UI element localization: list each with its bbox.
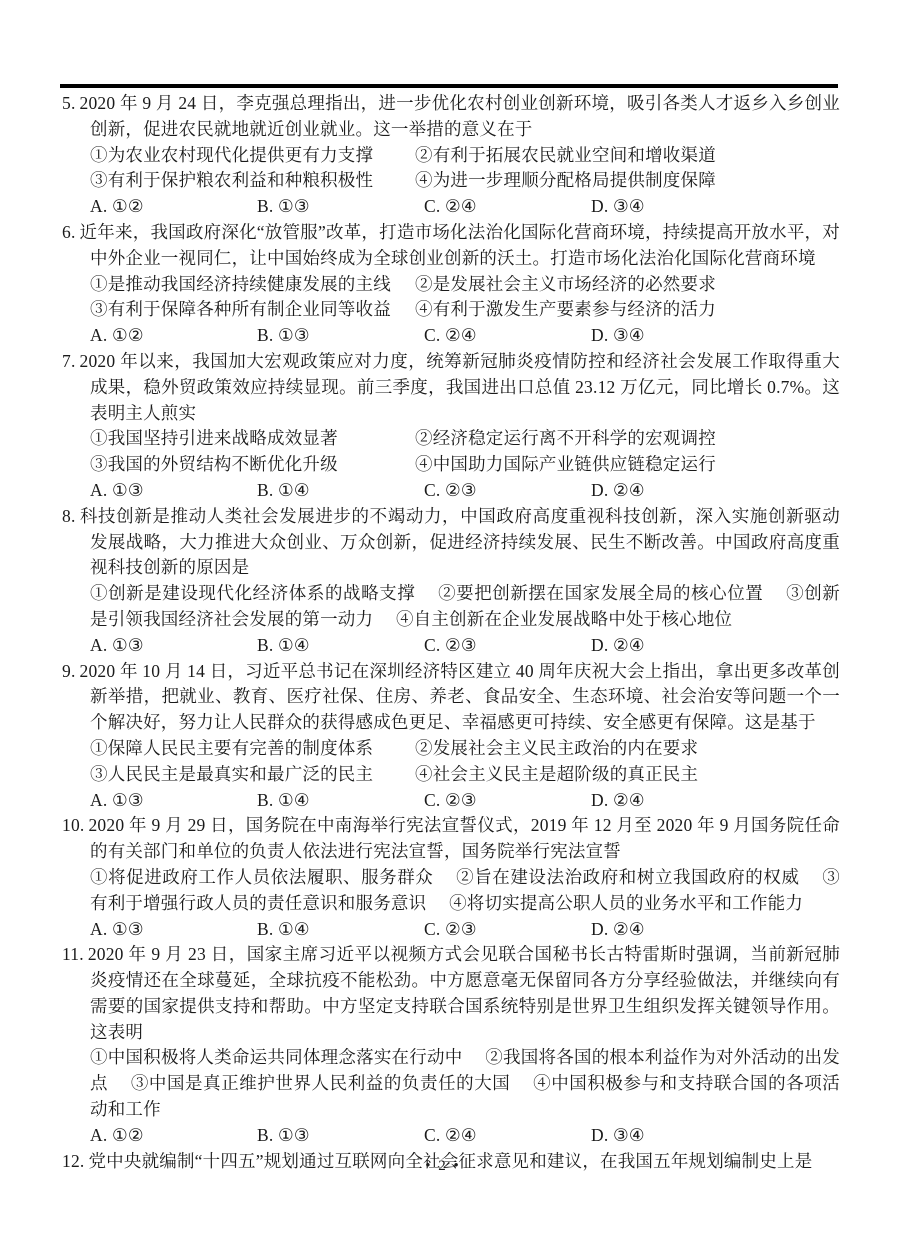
option-row: ③有利于保障各种所有制企业同等收益④有利于激发生产要素参与经济的活力 <box>62 297 840 323</box>
option-row: ①为农业农村现代化提供更有力支撑②有利于拓展农民就业空间和增收渠道 <box>62 143 840 169</box>
option-3: ③有利于保护粮农利益和种粮积极性 <box>90 168 415 194</box>
option-row: ③我国的外贸结构不断优化升级④中国助力国际产业链供应链稳定运行 <box>62 452 840 478</box>
question-stem: 6.近年来，我国政府深化“放管服”改革，打造市场化法治化国际化营商环境，持续提高… <box>62 220 840 272</box>
option-1: ①是推动我国经济持续健康发展的主线 <box>90 272 415 298</box>
question-9: 9.2020 年 10 月 14 日，习近平总书记在深圳经济特区建立 40 周年… <box>62 659 840 814</box>
option-1: ①中国积极将人类命运共同体理念落实在行动中 <box>90 1047 463 1067</box>
question-stem-text: 科技创新是推动人类社会发展进步的不竭动力，中国政府高度重视科技创新，深入实施创新… <box>80 506 840 578</box>
option-2: ②有利于拓展农民就业空间和增收渠道 <box>415 143 840 169</box>
answer-choice-C: C. ②③ <box>424 788 591 814</box>
question-number: 10. <box>62 815 84 835</box>
option-row: ①我国坚持引进来战略成效显著②经济稳定运行离不开科学的宏观调控 <box>62 426 840 452</box>
question-number: 6. <box>62 222 76 242</box>
answer-choice-D: D. ③④ <box>591 1123 645 1149</box>
option-4: ④中国助力国际产业链供应链稳定运行 <box>415 452 840 478</box>
option-1: ①创新是建设现代化经济体系的战略支撑 <box>90 583 415 603</box>
answer-choice-A: A. ①③ <box>90 917 257 943</box>
option-4: ④为进一步理顺分配格局提供制度保障 <box>415 168 840 194</box>
answer-choice-D: D. ②④ <box>591 788 645 814</box>
question-8: 8.科技创新是推动人类社会发展进步的不竭动力，中国政府高度重视科技创新，深入实施… <box>62 504 840 659</box>
answer-choice-A: A. ①② <box>90 194 257 220</box>
option-2: ②要把创新摆在国家发展全局的核心位置 <box>438 583 763 603</box>
question-stem-text: 2020 年以来，我国加大宏观政策应对力度，统筹新冠肺炎疫情防控和经济社会发展工… <box>80 351 840 423</box>
question-stem-text: 2020 年 9 月 24 日，李克强总理指出，进一步优化农村创业创新环境，吸引… <box>80 93 840 139</box>
question-stem-text: 2020 年 10 月 14 日，习近平总书记在深圳经济特区建立 40 周年庆祝… <box>80 661 840 733</box>
option-3: ③有利于保障各种所有制企业同等收益 <box>90 297 415 323</box>
question-stem-text: 近年来，我国政府深化“放管服”改革，打造市场化法治化国际化营商环境，持续提高开放… <box>80 222 840 268</box>
answer-choice-A: A. ①② <box>90 323 257 349</box>
option-4: ④有利于激发生产要素参与经济的活力 <box>415 297 840 323</box>
option-row: ③有利于保护粮农利益和种粮积极性④为进一步理顺分配格局提供制度保障 <box>62 168 840 194</box>
answer-choice-C: C. ②④ <box>424 323 591 349</box>
option-block: ①将促进政府工作人员依法履职、服务群众②旨在建设法治政府和树立我国政府的权威③有… <box>62 865 840 917</box>
option-1: ①为农业农村现代化提供更有力支撑 <box>90 143 415 169</box>
option-2: ②发展社会主义民主政治的内在要求 <box>415 736 840 762</box>
question-stem: 9.2020 年 10 月 14 日，习近平总书记在深圳经济特区建立 40 周年… <box>62 659 840 736</box>
option-4: ④社会主义民主是超阶级的真正民主 <box>415 762 840 788</box>
answer-row: A. ①③B. ①④C. ②③D. ②④ <box>62 917 840 943</box>
question-number: 11. <box>62 944 84 964</box>
answer-choice-A: A. ①③ <box>90 478 257 504</box>
option-4: ④自主创新在企业发展战略中处于核心地位 <box>396 609 732 629</box>
answer-choice-B: B. ①④ <box>257 633 424 659</box>
option-block: ①创新是建设现代化经济体系的战略支撑②要把创新摆在国家发展全局的核心位置③创新是… <box>62 581 840 633</box>
question-stem-text: 2020 年 9 月 29 日，国务院在中南海举行宪法宣誓仪式，2019 年 1… <box>88 815 840 861</box>
answer-row: A. ①②B. ①③C. ②④D. ③④ <box>62 1123 840 1149</box>
option-1: ①保障人民民主要有完善的制度体系 <box>90 736 415 762</box>
option-1: ①将促进政府工作人员依法履职、服务群众 <box>90 867 433 887</box>
question-11: 11.2020 年 9 月 23 日，国家主席习近平以视频方式会见联合国秘书长古… <box>62 942 840 1148</box>
answer-choice-B: B. ①③ <box>257 1123 424 1149</box>
answer-choice-D: D. ②④ <box>591 633 645 659</box>
answer-choice-B: B. ①③ <box>257 323 424 349</box>
question-stem-text: 2020 年 9 月 23 日，国家主席习近平以视频方式会见联合国秘书长古特雷斯… <box>88 944 840 1041</box>
question-6: 6.近年来，我国政府深化“放管服”改革，打造市场化法治化国际化营商环境，持续提高… <box>62 220 840 349</box>
answer-choice-B: B. ①④ <box>257 478 424 504</box>
question-number: 7. <box>62 351 76 371</box>
question-number: 8. <box>62 506 76 526</box>
answer-choice-C: C. ②③ <box>424 917 591 943</box>
answer-choice-D: D. ③④ <box>591 194 645 220</box>
header-rule <box>60 84 838 88</box>
page-number: • 2 • <box>0 1158 886 1175</box>
option-3: ③我国的外贸结构不断优化升级 <box>90 452 415 478</box>
option-3: ③人民民主是最真实和最广泛的民主 <box>90 762 415 788</box>
option-2: ②经济稳定运行离不开科学的宏观调控 <box>415 426 840 452</box>
answer-row: A. ①②B. ①③C. ②④D. ③④ <box>62 323 840 349</box>
option-2: ②是发展社会主义市场经济的必然要求 <box>415 272 840 298</box>
answer-choice-D: D. ③④ <box>591 323 645 349</box>
answer-row: A. ①②B. ①③C. ②④D. ③④ <box>62 194 840 220</box>
question-stem: 5.2020 年 9 月 24 日，李克强总理指出，进一步优化农村创业创新环境，… <box>62 91 840 143</box>
question-stem: 11.2020 年 9 月 23 日，国家主席习近平以视频方式会见联合国秘书长古… <box>62 942 840 1045</box>
answer-choice-C: C. ②③ <box>424 633 591 659</box>
question-list: 5.2020 年 9 月 24 日，李克强总理指出，进一步优化农村创业创新环境，… <box>62 91 840 1174</box>
option-2: ②旨在建设法治政府和树立我国政府的权威 <box>456 867 799 887</box>
option-row: ①是推动我国经济持续健康发展的主线②是发展社会主义市场经济的必然要求 <box>62 272 840 298</box>
exam-page: 5.2020 年 9 月 24 日，李克强总理指出，进一步优化农村创业创新环境，… <box>0 0 900 1246</box>
question-5: 5.2020 年 9 月 24 日，李克强总理指出，进一步优化农村创业创新环境，… <box>62 91 840 220</box>
answer-choice-A: A. ①③ <box>90 633 257 659</box>
answer-choice-C: C. ②④ <box>424 194 591 220</box>
answer-choice-C: C. ②③ <box>424 478 591 504</box>
option-4: ④将切实提高公职人员的业务水平和工作能力 <box>449 893 803 913</box>
answer-choice-A: A. ①② <box>90 1123 257 1149</box>
option-row: ①保障人民民主要有完善的制度体系②发展社会主义民主政治的内在要求 <box>62 736 840 762</box>
option-block: ①中国积极将人类命运共同体理念落实在行动中②我国将各国的根本利益作为对外活动的出… <box>62 1045 840 1122</box>
answer-choice-B: B. ①④ <box>257 788 424 814</box>
question-number: 5. <box>62 93 76 113</box>
question-7: 7.2020 年以来，我国加大宏观政策应对力度，统筹新冠肺炎疫情防控和经济社会发… <box>62 349 840 504</box>
option-1: ①我国坚持引进来战略成效显著 <box>90 426 415 452</box>
answer-choice-C: C. ②④ <box>424 1123 591 1149</box>
answer-row: A. ①③B. ①④C. ②③D. ②④ <box>62 633 840 659</box>
option-3: ③中国是真正维护世界人民利益的负责任的大国 <box>131 1073 511 1093</box>
answer-choice-B: B. ①③ <box>257 194 424 220</box>
option-row: ③人民民主是最真实和最广泛的民主④社会主义民主是超阶级的真正民主 <box>62 762 840 788</box>
question-stem: 7.2020 年以来，我国加大宏观政策应对力度，统筹新冠肺炎疫情防控和经济社会发… <box>62 349 840 426</box>
question-number: 9. <box>62 661 76 681</box>
question-stem: 10.2020 年 9 月 29 日，国务院在中南海举行宪法宣誓仪式，2019 … <box>62 813 840 865</box>
question-stem: 8.科技创新是推动人类社会发展进步的不竭动力，中国政府高度重视科技创新，深入实施… <box>62 504 840 581</box>
answer-choice-D: D. ②④ <box>591 917 645 943</box>
answer-choice-D: D. ②④ <box>591 478 645 504</box>
question-10: 10.2020 年 9 月 29 日，国务院在中南海举行宪法宣誓仪式，2019 … <box>62 813 840 942</box>
answer-row: A. ①③B. ①④C. ②③D. ②④ <box>62 788 840 814</box>
answer-choice-B: B. ①④ <box>257 917 424 943</box>
answer-row: A. ①③B. ①④C. ②③D. ②④ <box>62 478 840 504</box>
answer-choice-A: A. ①③ <box>90 788 257 814</box>
